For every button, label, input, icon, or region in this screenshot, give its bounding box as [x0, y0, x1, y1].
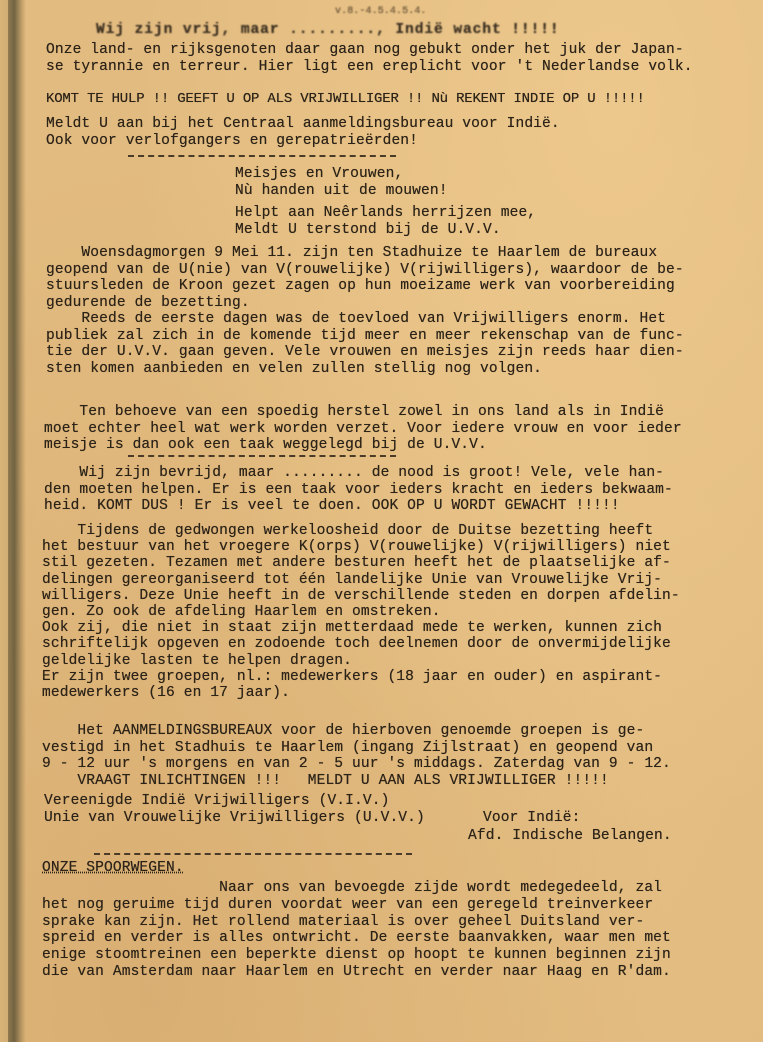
- text-line: gedurende de bezetting.: [46, 295, 250, 311]
- text-line: 9 - 12 uur 's morgens en van 2 - 5 uur '…: [42, 756, 671, 772]
- text-line: Tijdens de gedwongen werkeloosheid door …: [42, 523, 653, 539]
- text-line: het bestuur van het vroegere K(orps) V(r…: [42, 539, 671, 555]
- signature-org-uvv: Unie van Vrouwelijke Vrijwilligers (U.V.…: [44, 810, 425, 826]
- text-line: het nog geruime tijd duren voordat weer …: [42, 897, 653, 913]
- header-line: Wij zijn vrij, maar ........., Indië wac…: [96, 22, 560, 38]
- text-line: delingen gereorganiseerd tot één landeli…: [42, 572, 662, 588]
- text-line: tie der U.V.V. gaan geven. Vele vrouwen …: [46, 344, 684, 360]
- text-line: geldelijke lasten te helpen dragen.: [42, 653, 352, 669]
- text-line: moet echter heel wat werk worden verzet.…: [44, 421, 682, 437]
- text-line: Ook zij, die niet in staat zijn metterda…: [42, 620, 662, 636]
- text-line: Onze land- en rijksgenoten daar gaan nog…: [46, 42, 684, 58]
- text-line: schriftelijk opgeven en zodoende toch de…: [42, 636, 671, 652]
- text-line: stuursleden de Kroon gezet zagen op hun …: [46, 278, 675, 294]
- text-line: se tyrannie en terreur. Hier ligt een er…: [46, 59, 693, 75]
- divider: [128, 455, 396, 457]
- text-line: sten komen aanbieden en velen zullen ste…: [46, 361, 542, 377]
- railway-heading: ONZE SPOORWEGEN.: [42, 860, 184, 876]
- text-line: Woensdagmorgen 9 Mei 11. zijn ten Stadhu…: [46, 245, 657, 261]
- text-line: spreid en verder is alles ontwricht. De …: [42, 930, 671, 946]
- text-line: willigers. Deze Unie heeft in de verschi…: [42, 588, 680, 604]
- text-line: enige stoomtreinen een beperkte dienst o…: [42, 947, 671, 963]
- divider: [128, 155, 396, 157]
- divider: [94, 853, 412, 855]
- text-line: medewerkers (16 en 17 jaar).: [42, 685, 290, 701]
- text-line: stil gezeten. Tezamen met andere besture…: [42, 555, 671, 571]
- text-line: Reeds de eerste dagen was de toevloed va…: [46, 311, 666, 327]
- text-line: geopend van de U(nie) van V(rouwelijke) …: [46, 262, 684, 278]
- text-line: heid. KOMT DUS ! Er is veel te doen. OOK…: [44, 498, 620, 514]
- text-line: VRAAGT INLICHTINGEN !!! MELDT U AAN ALS …: [42, 773, 609, 789]
- text-line: vestigd in het Stadhuis te Haarlem (inga…: [42, 740, 653, 756]
- text-line: Ten behoeve van een spoedig herstel zowe…: [44, 404, 664, 420]
- text-line: Meldt U terstond bij de U.V.V.: [235, 222, 501, 238]
- text-line: Meisjes en Vrouwen,: [235, 166, 403, 182]
- signature-org-viv: Vereenigde Indië Vrijwilligers (V.I.V.): [44, 793, 389, 809]
- signature-department: Afd. Indische Belangen.: [468, 828, 672, 844]
- text-line: Helpt aan Neêrlands herrijzen mee,: [235, 205, 536, 221]
- handwritten-note: v.8.-4.5.4.5.4.: [335, 4, 427, 20]
- text-line: sprake kan zijn. Het rollend materiaal i…: [42, 914, 644, 930]
- text-line: den moeten helpen. Er is een taak voor i…: [44, 482, 673, 498]
- text-line: Nù handen uit de mouwen!: [235, 183, 448, 199]
- text-line: Wij zijn bevrijd, maar ......... de nood…: [44, 465, 664, 481]
- text-line: Het AANMELDINGSBUREAUX voor de hierboven…: [42, 723, 644, 739]
- text-line: Er zijn twee groepen, nl.: medewerkers (…: [42, 669, 662, 685]
- text-line: meisje is dan ook een taak weggelegd bij…: [44, 437, 487, 453]
- text-line: Naar ons van bevoegde zijde wordt medege…: [42, 880, 662, 896]
- signature-for-label: Voor Indië:: [483, 810, 580, 826]
- paper-edge: [0, 0, 8, 1042]
- text-line: Ook voor verlofgangers en gerepatrieërde…: [46, 133, 418, 149]
- text-line: Meldt U aan bij het Centraal aanmeldings…: [46, 116, 560, 132]
- text-line: gen. Zo ook de afdeling Haarlem en omstr…: [42, 604, 441, 620]
- text-line: die van Amsterdam naar Haarlem en Utrech…: [42, 964, 671, 980]
- text-line: publiek zal zich in de komende tijd meer…: [46, 328, 684, 344]
- call-to-action: KOMT TE HULP !! GEEFT U OP ALS VRIJWILLI…: [46, 91, 645, 107]
- typewritten-document: v.8.-4.5.4.5.4. Wij zijn vrij, maar ....…: [0, 0, 763, 1042]
